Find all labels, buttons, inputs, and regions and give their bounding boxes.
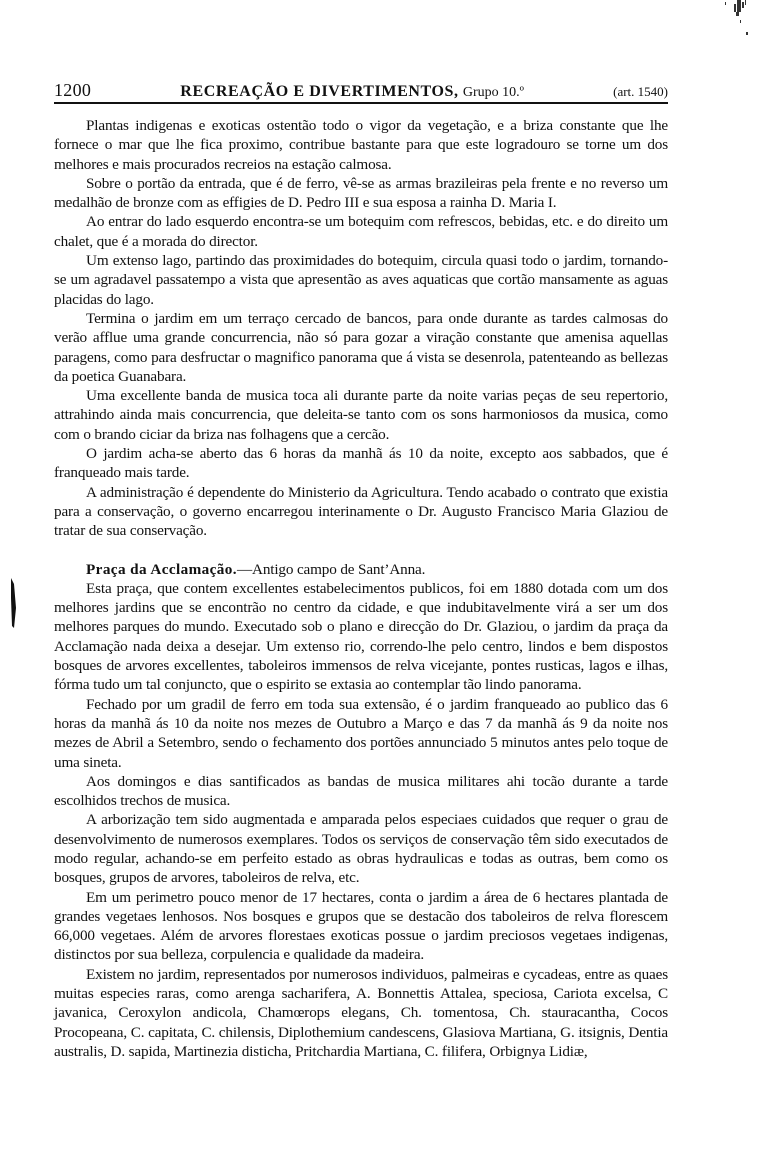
section-subtitle: —Antigo campo de Sant’Anna. xyxy=(237,561,425,578)
group-label: Grupo 10.º xyxy=(463,85,524,100)
chapter-title: RECREAÇÃO E DIVERTIMENTOS, xyxy=(180,83,458,100)
paragraph: Um extenso lago, partindo das proximidad… xyxy=(54,251,668,309)
scan-artifact-mark xyxy=(697,0,757,40)
section-heading: Praça da Acclamação. xyxy=(86,561,237,578)
section-spacer xyxy=(54,541,668,560)
paragraph: Sobre o portão da entrada, que é de ferr… xyxy=(54,174,668,213)
page-header: 1200 RECREAÇÃO E DIVERTIMENTOS, Grupo 10… xyxy=(54,80,668,104)
paragraph: Plantas indigenas e exoticas ostentão to… xyxy=(54,116,668,174)
margin-ink-mark xyxy=(10,578,18,630)
paragraph: Ao entrar do lado esquerdo encontra-se u… xyxy=(54,212,668,251)
page-body: Plantas indigenas e exoticas ostentão to… xyxy=(54,116,668,1061)
paragraph: Uma excellente banda de musica toca ali … xyxy=(54,386,668,444)
page-number: 1200 xyxy=(54,80,91,101)
paragraph: O jardim acha-se aberto das 6 horas da m… xyxy=(54,444,668,483)
paragraph: Esta praça, que contem excellentes estab… xyxy=(54,579,668,695)
paragraph: A arborização tem sido augmentada e ampa… xyxy=(54,810,668,887)
paragraph: Termina o jardim em um terraço cercado d… xyxy=(54,309,668,386)
paragraph: Existem no jardim, representados por num… xyxy=(54,965,668,1061)
running-title: RECREAÇÃO E DIVERTIMENTOS, Grupo 10.º xyxy=(91,81,613,101)
section-heading-line: Praça da Acclamação.—Antigo campo de San… xyxy=(54,560,668,579)
paragraph: A administração é dependente do Minister… xyxy=(54,483,668,541)
article-reference: (art. 1540) xyxy=(613,84,668,100)
paragraph: Aos domingos e dias santificados as band… xyxy=(54,772,668,811)
paragraph: Em um perimetro pouco menor de 17 hectar… xyxy=(54,888,668,965)
paragraph: Fechado por um gradil de ferro em toda s… xyxy=(54,695,668,772)
